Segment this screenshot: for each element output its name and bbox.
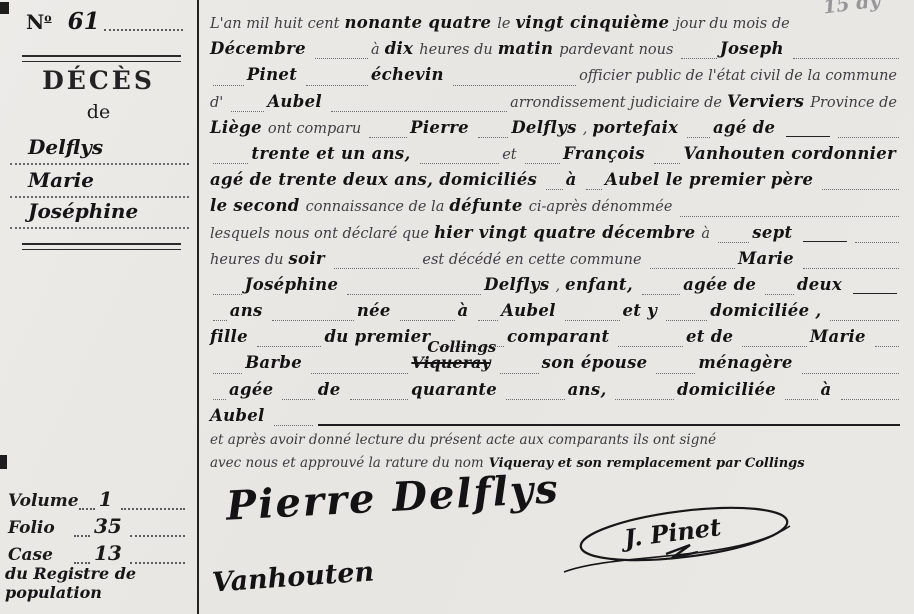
handwritten-text: vingt cinquième bbox=[515, 13, 669, 32]
act-line: Pinetéchevinofficier public de l'état ci… bbox=[210, 65, 902, 91]
dotted-blank bbox=[654, 163, 681, 164]
handwritten-text: soir bbox=[288, 249, 324, 268]
printed-form-text: arrondissement judiciaire de bbox=[510, 95, 722, 111]
dotted-blank bbox=[650, 268, 735, 269]
printed-form-text: , bbox=[556, 278, 561, 294]
printed-form-text: ont comparu bbox=[268, 121, 361, 137]
dotted-blank bbox=[400, 320, 455, 321]
handwritten-text: Aubel bbox=[501, 301, 556, 320]
handwritten-text: à bbox=[458, 301, 469, 320]
register-references: Volume 1 Folio 35 Case 13 bbox=[8, 487, 189, 568]
handwritten-text: Verviers bbox=[727, 92, 804, 111]
dotted-blank bbox=[213, 399, 226, 400]
dotted-blank bbox=[213, 85, 244, 86]
handwritten-text: agé de bbox=[713, 118, 775, 137]
dotted-blank bbox=[615, 399, 673, 400]
handwritten-text: Vanhouten bbox=[683, 144, 785, 163]
case-value: 13 bbox=[90, 541, 126, 565]
handwritten-text: Décembre bbox=[210, 39, 306, 58]
dotted-blank bbox=[274, 425, 314, 426]
printed-form-text: jour du mois de bbox=[675, 16, 789, 32]
dotted-blank bbox=[369, 137, 407, 138]
handwritten-text: Aubel bbox=[210, 406, 265, 425]
handwritten-text: Joseph bbox=[720, 39, 784, 58]
act-line: Liègeont comparuPierreDelflys,portefaixa… bbox=[210, 118, 902, 144]
case-label: Case bbox=[8, 545, 74, 565]
dotted-blank bbox=[546, 189, 562, 190]
margin-column: No 61 DÉCÈS de Delflys Marie Joséphine V… bbox=[0, 0, 197, 614]
dotted-blank bbox=[213, 294, 242, 295]
handwritten-text: du premier bbox=[324, 327, 430, 346]
handwritten-text: hier vingt quatre décembre bbox=[434, 223, 695, 242]
deceased-middlename: Joséphine bbox=[10, 197, 189, 229]
filler-dash bbox=[853, 293, 897, 294]
dotted-blank bbox=[478, 137, 508, 138]
dotted-blank bbox=[257, 346, 322, 347]
printed-form-text: heures du bbox=[210, 252, 283, 268]
printed-form-text: avec nous et approuvé la rature du nom bbox=[210, 455, 484, 471]
handwritten-text: Pinet bbox=[247, 65, 297, 84]
number-label: No bbox=[26, 10, 52, 34]
act-line: agéedequaranteans,domiciliéeà bbox=[210, 380, 902, 406]
filler-dash bbox=[803, 241, 847, 242]
handwritten-text: dix bbox=[385, 39, 414, 58]
handwritten-text: quarante bbox=[411, 380, 497, 399]
handwritten-text: le second bbox=[210, 196, 300, 215]
dotted-blank bbox=[79, 508, 95, 510]
volume-label: Volume bbox=[8, 491, 79, 511]
handwritten-text: à bbox=[566, 170, 577, 189]
heading-preposition: de bbox=[0, 101, 197, 123]
handwritten-text: cordonnier bbox=[791, 144, 896, 163]
act-text-column: L'an mil huit centnonante quatrelevingt … bbox=[210, 0, 910, 614]
register-note: du Registre de population bbox=[5, 564, 197, 602]
death-record-page: 15 dy No 61 DÉCÈS de Delflys Marie Josép… bbox=[0, 0, 914, 614]
dotted-blank bbox=[793, 58, 899, 59]
act-line: d'Aubelarrondissement judiciaire deVervi… bbox=[210, 92, 902, 118]
dotted-blank bbox=[306, 85, 368, 86]
dotted-blank bbox=[334, 268, 419, 269]
handwritten-text: et de bbox=[686, 327, 733, 346]
dotted-blank bbox=[742, 346, 807, 347]
act-line: ansnéeàAubelet ydomiciliée , bbox=[210, 301, 902, 327]
handwritten-text: Aubel bbox=[267, 92, 322, 111]
dotted-blank bbox=[104, 29, 183, 31]
handwritten-text: son épouse bbox=[542, 353, 648, 372]
handwritten-text: et y bbox=[623, 301, 658, 320]
act-line: JoséphineDelflys,enfant,agée dedeux bbox=[210, 275, 902, 301]
volume-row: Volume 1 bbox=[8, 487, 189, 514]
handwritten-text: comparant bbox=[507, 327, 609, 346]
printed-form-text: ci-après dénommée bbox=[529, 199, 673, 215]
dotted-blank bbox=[213, 163, 248, 164]
printed-form-text: Province de bbox=[810, 95, 897, 111]
dotted-blank bbox=[618, 346, 683, 347]
dotted-blank bbox=[213, 320, 227, 321]
act-line: Aubel bbox=[210, 406, 902, 432]
dotted-blank bbox=[506, 399, 564, 400]
dotted-blank bbox=[802, 373, 899, 374]
printed-form-text: L'an mil huit cent bbox=[210, 16, 339, 32]
divider-rule bbox=[22, 243, 181, 250]
handwritten-text: défunte bbox=[449, 196, 522, 215]
handwritten-text: née bbox=[357, 301, 391, 320]
dotted-blank bbox=[875, 346, 899, 347]
act-line: agé de trente deux ans, domiciliésàAubel… bbox=[210, 170, 902, 196]
signature-officer: J. Pinet bbox=[562, 488, 802, 592]
dotted-blank bbox=[565, 320, 620, 321]
dotted-blank bbox=[680, 216, 899, 217]
handwritten-text: Marie bbox=[810, 327, 866, 346]
act-line: filledu premiercomparantet deMarie bbox=[210, 327, 902, 353]
dotted-blank bbox=[855, 242, 899, 243]
dotted-blank bbox=[272, 320, 354, 321]
act-text: L'an mil huit centnonante quatrelevingt … bbox=[210, 13, 902, 478]
act-number-line: No 61 bbox=[26, 8, 187, 35]
dotted-blank bbox=[642, 294, 680, 295]
printed-form-text: le bbox=[497, 16, 510, 32]
dotted-blank bbox=[420, 163, 500, 164]
act-line: Décembreàdixheures dumatinpardevant nous… bbox=[210, 39, 902, 65]
handwritten-text: Delflys bbox=[484, 275, 549, 294]
printed-form-text: officier public de l'état civil de la co… bbox=[579, 68, 897, 84]
dotted-blank bbox=[282, 399, 314, 400]
handwritten-text: agé de trente deux ans, domiciliés bbox=[210, 170, 537, 189]
deceased-surname: Delflys bbox=[10, 133, 189, 165]
printed-form-text: est décédé en cette commune bbox=[422, 252, 641, 268]
dotted-blank bbox=[231, 111, 264, 112]
printed-form-text: à bbox=[701, 226, 710, 242]
dotted-blank bbox=[586, 189, 602, 190]
dotted-blank bbox=[525, 163, 560, 164]
handwritten-text: à bbox=[821, 380, 832, 399]
handwritten-text: Liège bbox=[210, 118, 262, 137]
handwritten-text: Marie bbox=[738, 249, 794, 268]
dotted-blank bbox=[350, 399, 408, 400]
handwritten-text: portefaix bbox=[592, 118, 678, 137]
dotted-blank bbox=[822, 189, 899, 190]
act-line: le secondconnaissance de ladéfunteci-apr… bbox=[210, 196, 902, 222]
corrected-word: CollingsViqueray bbox=[411, 353, 490, 372]
printed-form-text: lesquels nous ont déclaré que bbox=[210, 226, 429, 242]
dotted-blank bbox=[331, 111, 507, 112]
deceased-firstname: Marie bbox=[10, 166, 189, 198]
handwritten-text: François bbox=[563, 144, 645, 163]
handwritten-text: fille bbox=[210, 327, 248, 346]
dotted-blank bbox=[785, 399, 817, 400]
dotted-blank bbox=[74, 535, 90, 537]
handwritten-text: agée bbox=[229, 380, 273, 399]
handwritten-text: de bbox=[318, 380, 341, 399]
printed-form-text: à bbox=[371, 42, 380, 58]
dotted-blank bbox=[347, 294, 481, 295]
printed-form-text: d' bbox=[210, 95, 223, 111]
dotted-blank bbox=[803, 268, 899, 269]
replacement-word: Collings bbox=[427, 338, 496, 356]
dotted-blank bbox=[453, 85, 576, 86]
handwritten-text: Delflys bbox=[511, 118, 576, 137]
printed-form-text: , bbox=[583, 121, 588, 137]
printed-form-text: connaissance de la bbox=[306, 199, 445, 215]
handwritten-text: ans bbox=[230, 301, 263, 320]
column-divider-rule bbox=[197, 0, 199, 614]
printed-form-text: pardevant nous bbox=[559, 42, 673, 58]
act-line: BarbeCollingsViquerayson épouseménagère bbox=[210, 353, 902, 379]
dotted-blank bbox=[500, 373, 539, 374]
divider-rule bbox=[22, 55, 181, 62]
signature-vanhouten: Vanhouten bbox=[211, 556, 375, 598]
act-line: lesquels nous ont déclaré quehier vingt … bbox=[210, 223, 902, 249]
act-line: L'an mil huit centnonante quatrelevingt … bbox=[210, 13, 902, 39]
printed-form-text: et bbox=[502, 147, 516, 163]
handwritten-text: enfant, bbox=[565, 275, 633, 294]
handwritten-text: agée de bbox=[683, 275, 756, 294]
act-line: et après avoir donné lecture du présent … bbox=[210, 432, 902, 455]
dotted-blank bbox=[121, 508, 185, 510]
handwritten-text: ménagère bbox=[698, 353, 792, 372]
handwritten-text: nonante quatre bbox=[344, 13, 491, 32]
handwritten-text: le premier père bbox=[666, 170, 814, 189]
dotted-blank bbox=[830, 320, 899, 321]
act-line: trente et un ans,etFrançoisVanhoutencord… bbox=[210, 144, 902, 170]
handwritten-text: domiciliée bbox=[677, 380, 776, 399]
handwritten-text: Aubel bbox=[605, 170, 660, 189]
filler-dash bbox=[786, 136, 830, 137]
act-line: heures dusoirest décédé en cette commune… bbox=[210, 249, 902, 275]
handwritten-text: ans, bbox=[568, 380, 607, 399]
dotted-blank bbox=[130, 535, 185, 537]
dotted-blank bbox=[656, 373, 695, 374]
handwritten-text: Joséphine bbox=[245, 275, 339, 294]
volume-value: 1 bbox=[95, 487, 117, 511]
printed-form-text: heures du bbox=[419, 42, 492, 58]
dotted-blank bbox=[718, 242, 749, 243]
handwritten-text: matin bbox=[498, 39, 554, 58]
handwritten-text: Pierre bbox=[410, 118, 469, 137]
dotted-blank bbox=[315, 58, 368, 59]
closing-rule bbox=[318, 424, 900, 426]
dotted-blank bbox=[687, 137, 710, 138]
folio-label: Folio bbox=[8, 518, 74, 538]
dotted-blank bbox=[213, 373, 242, 374]
folio-value: 35 bbox=[90, 514, 126, 538]
dotted-blank bbox=[841, 399, 899, 400]
dotted-blank bbox=[311, 373, 408, 374]
dotted-blank bbox=[765, 294, 794, 295]
printed-form-text: et après avoir donné lecture du présent … bbox=[210, 432, 716, 448]
dotted-blank bbox=[666, 320, 707, 321]
handwritten-text: sept bbox=[752, 223, 792, 242]
handwritten-text: trente et un ans, bbox=[251, 144, 410, 163]
dotted-blank bbox=[838, 137, 899, 138]
handwritten-text: échevin bbox=[371, 65, 444, 84]
record-type-heading: DÉCÈS bbox=[0, 66, 197, 95]
dotted-blank bbox=[478, 320, 499, 321]
handwritten-text: domiciliée , bbox=[710, 301, 821, 320]
act-number: 61 bbox=[68, 8, 100, 35]
dotted-blank bbox=[681, 58, 716, 59]
handwritten-text: deux bbox=[797, 275, 842, 294]
folio-row: Folio 35 bbox=[8, 514, 189, 541]
handwritten-text: Barbe bbox=[245, 353, 302, 372]
